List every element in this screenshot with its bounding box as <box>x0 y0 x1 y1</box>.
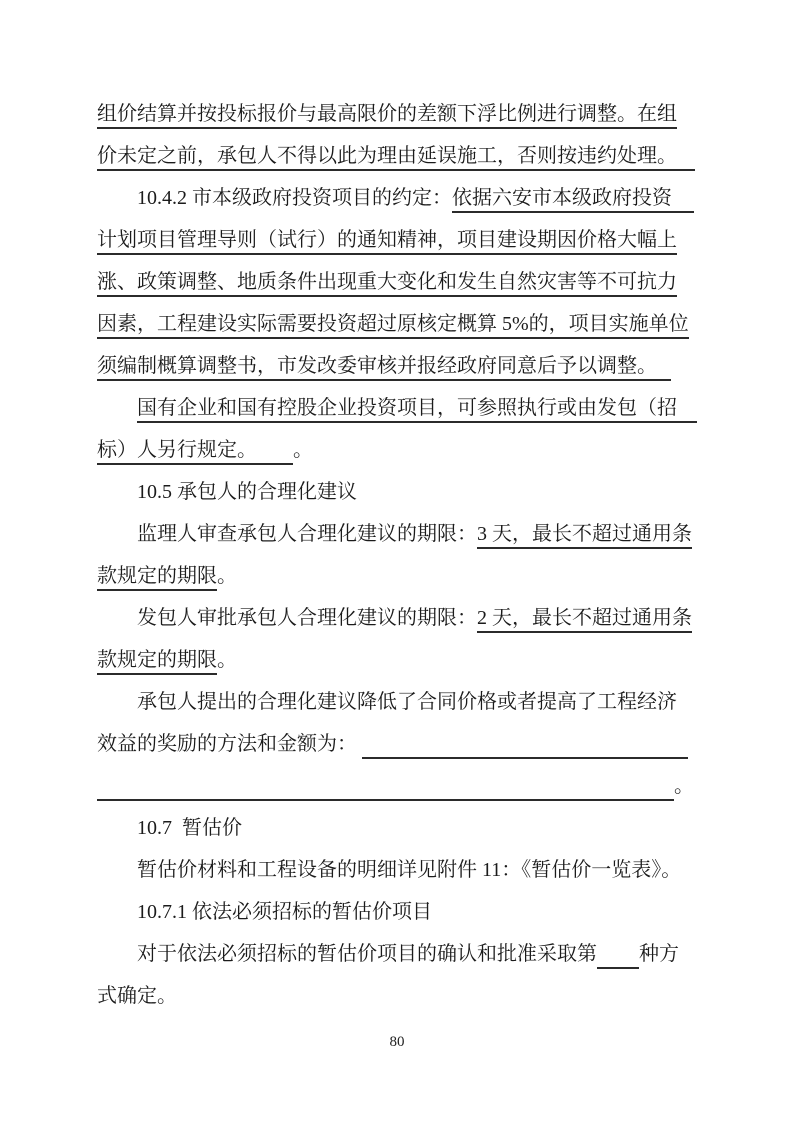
doc-line: 10.5 承包人的合理化建议 <box>97 471 697 513</box>
doc-line: 组价结算并按投标报价与最高限价的差额下浮比例进行调整。在组 <box>97 93 697 135</box>
blank-underline <box>257 461 293 465</box>
doc-line: 涨、政策调整、地质条件出现重大变化和发生自然灾害等不可抗力 <box>97 261 697 303</box>
underlined-text-run: 计划项目管理导则（试行）的通知精神，项目建设期因价格大幅上 <box>97 229 677 255</box>
text-run: 效益的奖励的方法和金额为： <box>97 733 357 755</box>
doc-line: 承包人提出的合理化建议降低了合同价格或者提高了工程经济 <box>97 681 697 723</box>
text-run: 监理人审查承包人合理化建议的期限： <box>137 523 477 545</box>
underlined-text-run: 国有企业和国有控股企业投资项目，可参照执行或由发包（招 <box>137 397 677 423</box>
blank-underline <box>672 209 694 213</box>
doc-line: 效益的奖励的方法和金额为： <box>97 723 697 765</box>
blank-underline <box>677 419 697 423</box>
doc-line: 监理人审查承包人合理化建议的期限：3 天，最长不超过通用条 <box>97 513 697 555</box>
text-run: 发包人审批承包人合理化建议的期限： <box>137 607 477 629</box>
doc-line: 式确定。 <box>97 975 697 1017</box>
doc-line: 10.4.2 市本级政府投资项目的约定：依据六安市本级政府投资 <box>97 177 697 219</box>
text-run: 式确定。 <box>97 985 177 1007</box>
doc-line: 价未定之前，承包人不得以此为理由延误施工，否则按违约处理。 <box>97 135 697 177</box>
underlined-text-run: 款规定的期限 <box>97 565 217 591</box>
text-run: 。 <box>217 649 237 671</box>
doc-line: 款规定的期限。 <box>97 555 697 597</box>
blank-underline <box>677 167 695 171</box>
doc-line: 发包人审批承包人合理化建议的期限：2 天，最长不超过通用条 <box>97 597 697 639</box>
document-body: 组价结算并按投标报价与最高限价的差额下浮比例进行调整。在组价未定之前，承包人不得… <box>97 93 697 1017</box>
blank-underline <box>362 755 688 759</box>
blank-underline <box>597 965 639 969</box>
doc-line: 国有企业和国有控股企业投资项目，可参照执行或由发包（招 <box>97 387 697 429</box>
text-run: 。 <box>293 439 313 461</box>
doc-line: 须编制概算调整书，市发改委审核并报经政府同意后予以调整。 <box>97 345 697 387</box>
text-run: 10.5 承包人的合理化建议 <box>137 481 357 503</box>
doc-line: 。 <box>97 765 697 807</box>
underlined-text-run: 标）人另行规定。 <box>97 439 257 465</box>
underlined-text-run: 依据六安市本级政府投资 <box>452 187 672 213</box>
text-run: 承包人提出的合理化建议降低了合同价格或者提高了工程经济 <box>137 691 677 713</box>
doc-line: 10.7 暂估价 <box>97 807 697 849</box>
doc-line: 计划项目管理导则（试行）的通知精神，项目建设期因价格大幅上 <box>97 219 697 261</box>
text-run: 10.4.2 市本级政府投资项目的约定： <box>137 187 452 209</box>
underlined-text-run: 涨、政策调整、地质条件出现重大变化和发生自然灾害等不可抗力 <box>97 271 677 297</box>
doc-line: 因素，工程建设实际需要投资超过原核定概算 5%的，项目实施单位 <box>97 303 697 345</box>
underlined-text-run: 价未定之前，承包人不得以此为理由延误施工，否则按违约处理。 <box>97 145 677 171</box>
doc-line: 标）人另行规定。。 <box>97 429 697 471</box>
text-run: 种方 <box>639 943 679 965</box>
blank-underline <box>97 797 674 801</box>
doc-line: 款规定的期限。 <box>97 639 697 681</box>
page-number: 80 <box>0 1034 794 1051</box>
text-run: 暂估价材料和工程设备的明细详见附件 11：《暂估价一览表》。 <box>137 859 681 881</box>
text-run: 。 <box>674 775 694 797</box>
doc-line: 10.7.1 依法必须招标的暂估价项目 <box>97 891 697 933</box>
document-page: 组价结算并按投标报价与最高限价的差额下浮比例进行调整。在组价未定之前，承包人不得… <box>0 0 794 1122</box>
text-run: 10.7.1 依法必须招标的暂估价项目 <box>137 901 432 923</box>
text-run: 对于依法必须招标的暂估价项目的确认和批准采取第 <box>137 943 597 965</box>
underlined-text-run: 款规定的期限 <box>97 649 217 675</box>
underlined-text-run: 组价结算并按投标报价与最高限价的差额下浮比例进行调整。在组 <box>97 103 677 129</box>
text-run <box>357 733 362 755</box>
doc-line: 暂估价材料和工程设备的明细详见附件 11：《暂估价一览表》。 <box>97 849 697 891</box>
underlined-text-run: 因素，工程建设实际需要投资超过原核定概算 5%的，项目实施单位 <box>97 313 689 339</box>
blank-underline <box>657 377 671 381</box>
text-run: 10.7 暂估价 <box>137 817 242 839</box>
underlined-text-run: 须编制概算调整书，市发改委审核并报经政府同意后予以调整。 <box>97 355 657 381</box>
doc-line: 对于依法必须招标的暂估价项目的确认和批准采取第种方 <box>97 933 697 975</box>
underlined-text-run: 2 天，最长不超过通用条 <box>477 607 692 633</box>
underlined-text-run: 3 天，最长不超过通用条 <box>477 523 692 549</box>
text-run: 。 <box>217 565 237 587</box>
